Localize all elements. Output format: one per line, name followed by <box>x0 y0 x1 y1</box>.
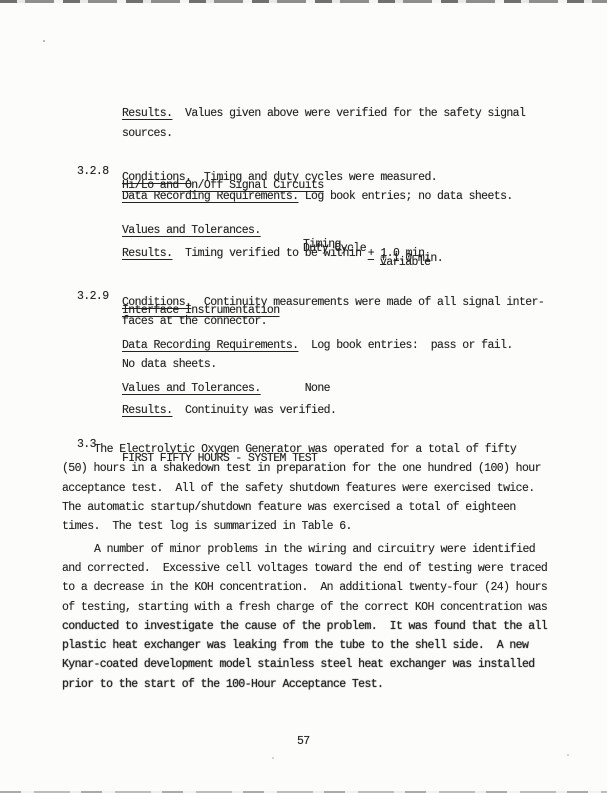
conditions-line-2: faces at the connector. <box>122 315 267 330</box>
data-recording-text: Log book entries: pass or fail. <box>298 339 512 352</box>
scan-speck <box>43 40 45 42</box>
data-recording-label: Data Recording Requirements. <box>122 339 298 352</box>
paragraph-line: (50) hours in a shakedown test in prepar… <box>62 462 541 477</box>
results-line: Results. Timing verified to be within + … <box>122 247 431 262</box>
results-label: Results. <box>122 404 172 417</box>
section-329-heading: 3.2.9 Interface Instrumentation <box>0 276 25 291</box>
results-text: Values given above were verified for the… <box>172 107 525 120</box>
scan-speck <box>272 757 274 759</box>
prev-results-line-1: Results. Values given above were verifie… <box>122 107 525 122</box>
section-number: 3.2.8 <box>77 165 109 179</box>
paragraph-line: plastic heat exchanger was leaking from … <box>62 639 528 654</box>
paragraph-line: times. The test log is summarized in Tab… <box>62 520 352 535</box>
paragraph-line: and corrected. Excessive cell voltages t… <box>62 562 547 577</box>
paragraph-line: conducted to investigate the cause of th… <box>62 620 547 635</box>
conditions-text: Continuity measurements were made of all… <box>191 296 544 309</box>
paragraph-line: Kynar-coated development model stainless… <box>62 658 535 673</box>
data-recording-line-2: No data sheets. <box>122 358 217 373</box>
conditions-text: Timing and duty cycles were measured. <box>191 171 437 184</box>
values-tolerances-row-1: Values and Tolerances. Timing + 1.0 min. <box>0 210 25 225</box>
paragraph-line: The Electrolytic Oxygen Generator was op… <box>94 443 516 458</box>
paragraph-line: A number of minor problems in the wiring… <box>94 543 535 558</box>
data-recording-line-1: Data Recording Requirements. Log book en… <box>122 339 513 354</box>
results-line: Results. Continuity was verified. <box>122 404 336 419</box>
values-tolerances-row-2: Duty Cycle variable <box>0 228 25 243</box>
paragraph-line: of testing, starting with a fresh charge… <box>62 601 547 616</box>
results-text: Timing verified to be within <box>172 247 367 260</box>
conditions-line: Conditions. Timing and duty cycles were … <box>122 171 437 186</box>
results-label: Results. <box>122 247 172 260</box>
page-number: 57 <box>297 735 310 750</box>
section-number: 3.2.9 <box>77 290 109 304</box>
section-328-heading: 3.2.8 Hi/Lo and On/Off Signal Circuits <box>0 151 25 166</box>
paragraph-line: acceptance test. All of the safety shutd… <box>62 482 535 497</box>
prev-results-line-2: sources. <box>122 127 172 142</box>
values-tolerances-label: Values and Tolerances. <box>122 224 261 238</box>
scan-edge-artifact-top <box>0 0 607 3</box>
values-tolerances-line: Values and Tolerances. None <box>122 382 330 397</box>
data-recording-label: Data Recording Requirements. <box>122 190 298 203</box>
values-tolerances-label: Values and Tolerances. <box>122 382 261 395</box>
results-label: Results. <box>122 107 172 120</box>
section-33-heading: 3.3 FIRST FIFTY HOURS - SYSTEM TEST <box>0 424 25 439</box>
paragraph-line: prior to the start of the 100-Hour Accep… <box>62 678 383 693</box>
document-page: Results. Values given above were verifie… <box>0 0 607 793</box>
conditions-label: Conditions. <box>122 296 191 309</box>
values-tolerances-text: None <box>261 382 330 395</box>
results-text: Continuity was verified. <box>172 404 336 417</box>
results-text: 1.0 min. <box>374 247 431 260</box>
data-recording-line: Data Recording Requirements. Log book en… <box>122 190 513 205</box>
scan-speck <box>567 754 569 756</box>
conditions-label: Conditions. <box>122 171 191 184</box>
paragraph-line: The automatic startup/shutdown feature w… <box>62 501 516 516</box>
data-recording-text: Log book entries; no data sheets. <box>298 190 512 203</box>
paragraph-line: to a decrease in the KOH concentration. … <box>62 581 547 596</box>
conditions-line-1: Conditions. Continuity measurements were… <box>122 296 544 311</box>
